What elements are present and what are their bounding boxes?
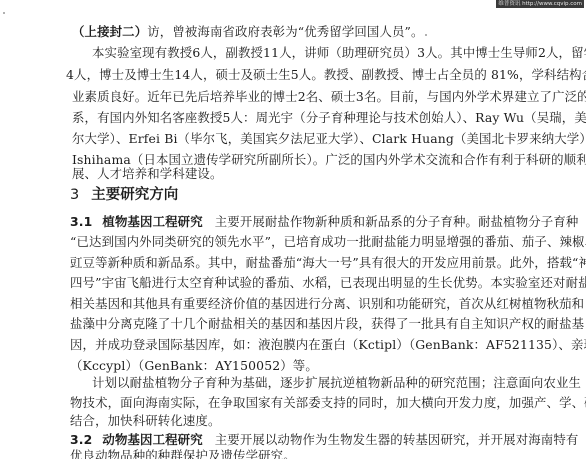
section-title: 主要研究方向: [91, 187, 178, 203]
body-line: 盐藻中分离克隆了十几个耐盐相关的基因和基因片段，获得了一批具有自主知识产权的耐盐…: [70, 316, 584, 332]
staff-line: 本实验室现有教授6人，副教授11人，讲师（助理研究员）3人。其中博士生导师2人，…: [92, 45, 586, 61]
plan-line: 物技术，面向海南实际，在争取国家有关部委支持的同时，加大横向开发力度，加强产、学…: [70, 395, 586, 411]
continued-label: （上接封二）: [72, 24, 147, 39]
staff-line: 系，有国内外知名客座教授5人：周光宇（分子育种理论与技术创始人）、Ray Wu（…: [72, 110, 586, 126]
staff-line: 业素质良好。近年已先后培养毕业的博士2名、硕士3名。目前，与国内外学术界建立了广…: [72, 89, 586, 105]
body-line: 因，并成功登录国际基因库，如：液泡膜内在蛋白（Kctipl）（GenBank：A…: [70, 337, 586, 353]
page-speck: [425, 34, 427, 36]
staff-line: 尔大学）、Erfei Bi（毕尔飞，美国宾夕法尼亚大学）、Clark Huang…: [72, 131, 586, 147]
subsection-title: 植物基因工程研究: [102, 214, 202, 229]
subsection-text: 主要开展以动物作为生物发生器的转基因研究，并开展对海南特有: [215, 432, 579, 447]
subsection-title: 动物基因工程研究: [102, 432, 202, 447]
plan-line: 结合，加快科研转化速度。: [70, 413, 221, 429]
body-line: “已达到国内外同类研究的领先水平”，已培育成功一批耐盐能力明显增强的番茄、茄子、…: [70, 234, 586, 250]
staff-line: 展、人才培养和学科建设。: [72, 166, 223, 182]
subsection-number: 3.2: [70, 432, 92, 447]
subsection-3-1-first-line: 3.1植物基因工程研究主要开展耐盐作物新种质和新品系的分子育种。耐盐植物分子育种: [70, 214, 578, 230]
intro-text: 访，曾被海南省政府表彰为“优秀留学回国人员”。: [147, 24, 423, 39]
intro-line: （上接封二）访，曾被海南省政府表彰为“优秀留学回国人员”。: [72, 24, 424, 40]
subsection-number: 3.1: [70, 214, 92, 229]
staff-line: 4人，博士及博士生14人，硕士及硕士生5人。教授、副教授、博士占全员的 81%，…: [66, 67, 586, 83]
section-number: 3: [70, 187, 79, 203]
body-line: 相关基因和其他具有重要经济价值的基因进行分离、识别和功能研究，首次从红树植物秋茄…: [70, 296, 584, 312]
body-line: 豇豆等新种质和新品系。其中，耐盐番茄“海大一号”具有很大的开发应用前景。此外，搭…: [70, 255, 586, 271]
subsection-3-2-first-line: 3.2动物基因工程研究主要开展以动物作为生物发生器的转基因研究，并开展对海南特有: [70, 432, 578, 448]
body-line: 优良动物品种的种群保护及遗传学研究。: [70, 448, 296, 459]
section-heading: 3主要研究方向: [70, 186, 178, 204]
page-speck: [3, 12, 5, 14]
watermark: 维普资讯 http://www.cqvip.com: [496, 0, 584, 8]
body-line: 四号”宇宙飞船进行太空育种试验的番茄、水稻，已表现出明显的生长优势。本实验室还对…: [70, 275, 586, 291]
body-line: （Kccypl）（GenBank：AY150052）等。: [70, 358, 318, 374]
subsection-text: 主要开展耐盐作物新种质和新品系的分子育种。耐盐植物分子育种: [215, 214, 579, 229]
plan-line: 计划以耐盐植物分子育种为基础，逐步扩展抗逆植物新品种的研究范围；注意面向农业生: [92, 375, 581, 391]
